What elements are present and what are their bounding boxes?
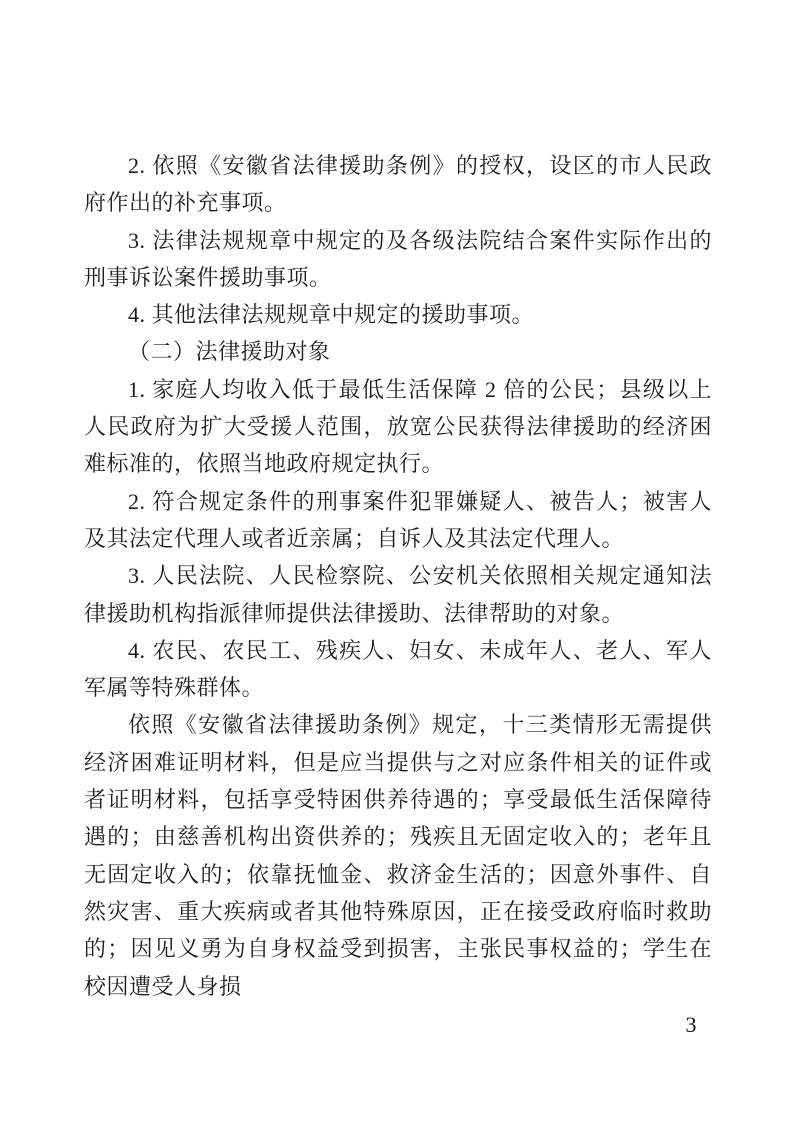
- page-number: 3: [676, 1012, 706, 1038]
- paragraph-item-3-criminal-cases: 3. 法律法规规章中规定的及各级法院结合案件实际作出的刑事诉讼案件援助事项。: [84, 222, 712, 297]
- paragraph-thirteen-situations: 依照《安徽省法律援助条例》规定，十三类情形无需提供经济困难证明材料，但是应当提供…: [84, 706, 712, 1004]
- document-body-text: 2. 依照《安徽省法律援助条例》的授权，设区的市人民政府作出的补充事项。 3. …: [84, 147, 712, 1005]
- paragraph-item-2-criminal-parties: 2. 符合规定条件的刑事案件犯罪嫌疑人、被告人；被害人及其法定代理人或者近亲属；…: [84, 483, 712, 558]
- paragraph-item-2-supplement: 2. 依照《安徽省法律援助条例》的授权，设区的市人民政府作出的补充事项。: [84, 147, 712, 222]
- paragraph-item-4-special-groups: 4. 农民、农民工、残疾人、妇女、未成年人、老人、军人军属等特殊群体。: [84, 632, 712, 707]
- paragraph-item-4-other-matters: 4. 其他法律法规规章中规定的援助事项。: [84, 296, 712, 333]
- paragraph-item-1-income-standard: 1. 家庭人均收入低于最低生活保障 2 倍的公民；县级以上人民政府为扩大受援人范…: [84, 371, 712, 483]
- document-page: 2. 依照《安徽省法律援助条例》的授权，设区的市人民政府作出的补充事项。 3. …: [0, 0, 793, 1122]
- section-heading-legal-aid-targets: （二）法律援助对象: [84, 333, 712, 370]
- paragraph-item-3-notified-objects: 3. 人民法院、人民检察院、公安机关依照相关规定通知法律援助机构指派律师提供法律…: [84, 557, 712, 632]
